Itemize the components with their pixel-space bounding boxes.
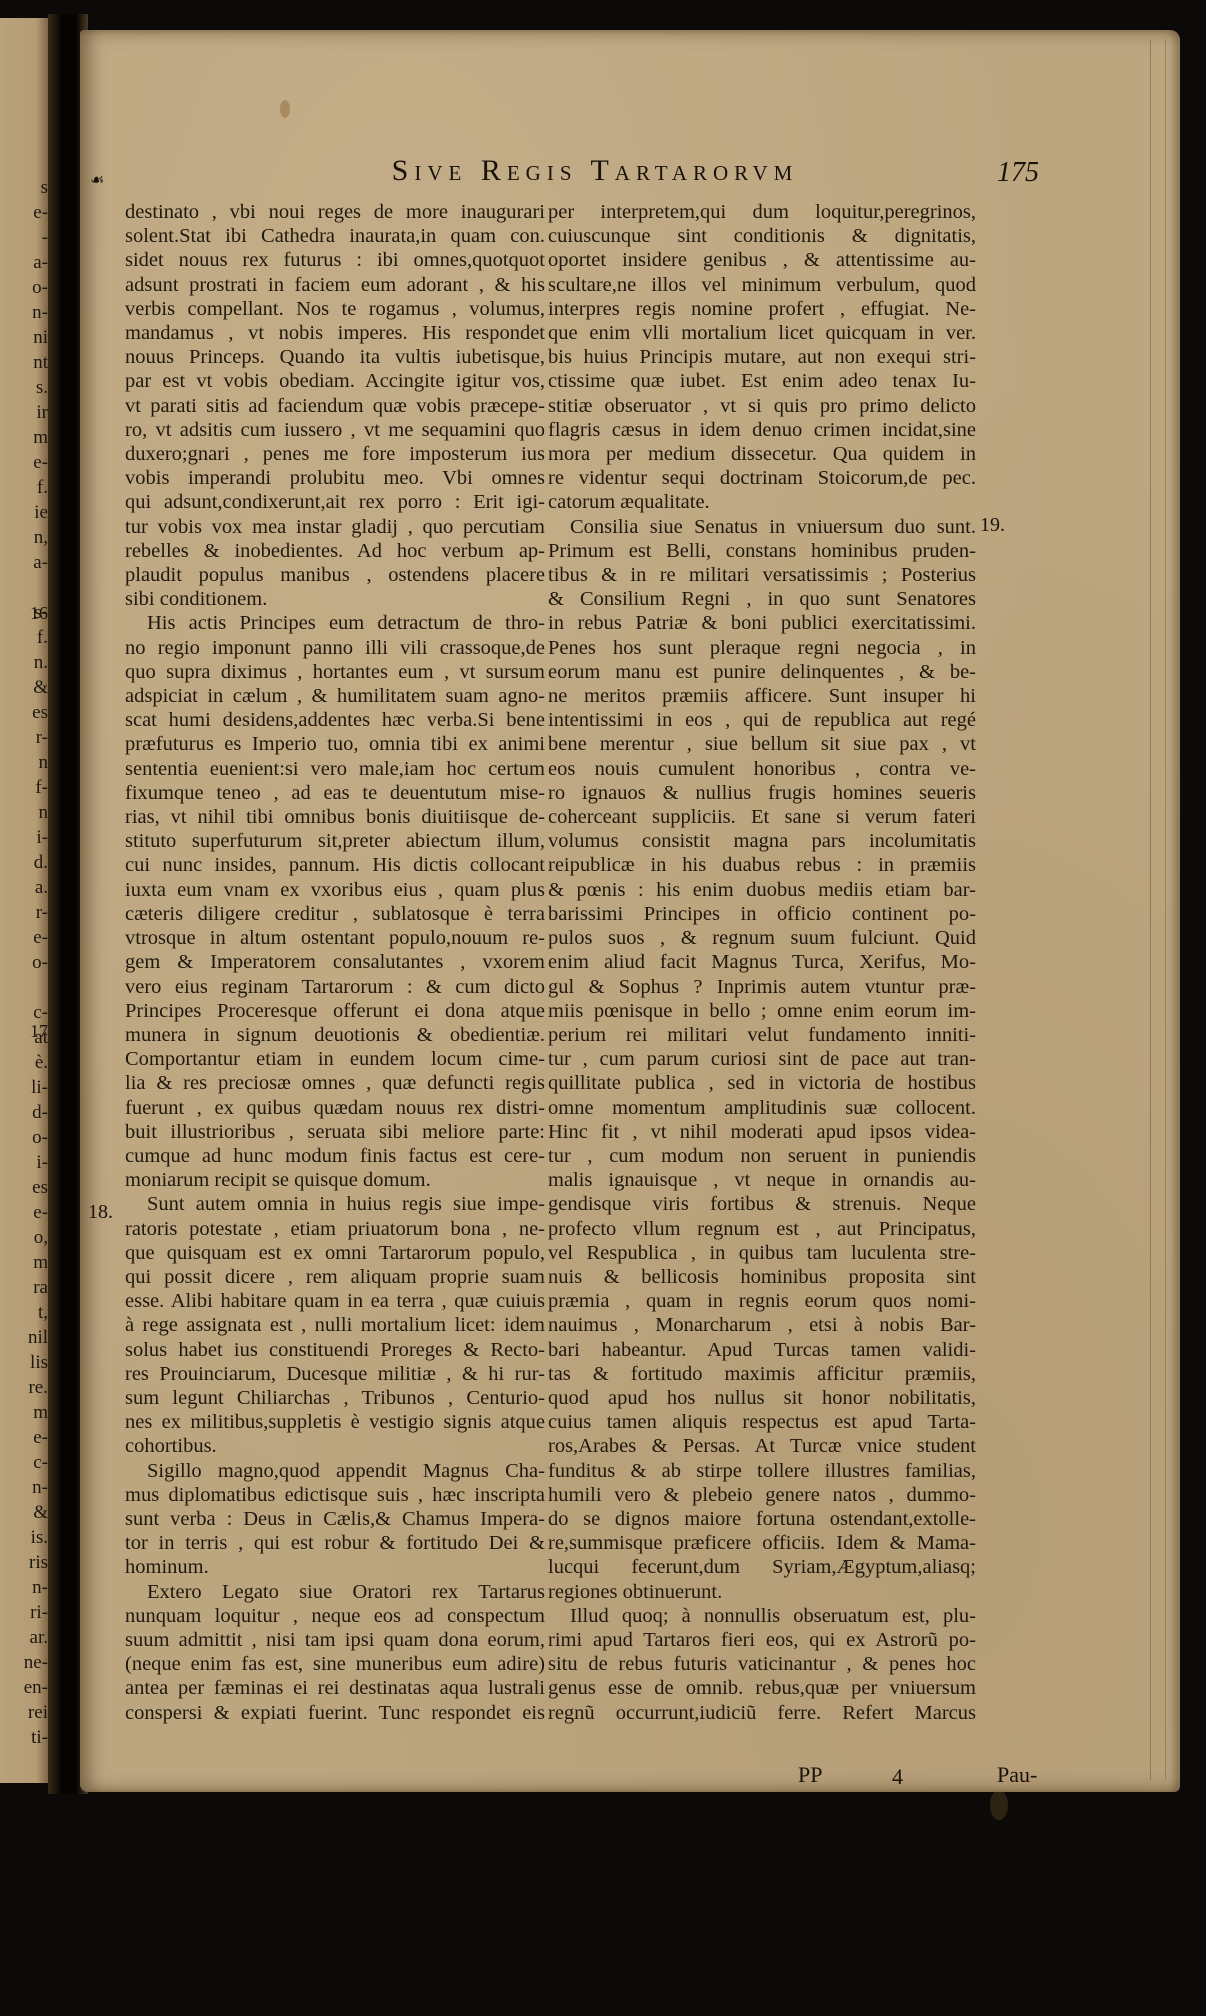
text-line: Penes hos sunt pleraque regni negocia , …: [548, 636, 976, 660]
facing-page-line-fragment: es: [32, 703, 48, 722]
text-line: ne meritos præmiis afficere. Sunt insupe…: [548, 684, 976, 708]
facing-page-line-fragment: is.: [31, 1528, 48, 1547]
text-line: genus esse de omnib. rebus,quæ per vniue…: [548, 1676, 976, 1700]
facing-page-line-fragment: &: [33, 678, 48, 697]
facing-page-line-fragment: d.: [34, 853, 48, 872]
text-line: vero eius reginam Tartarorum : & cum dic…: [125, 975, 545, 999]
text-line: destinato , vbi noui reges de more inaug…: [125, 200, 545, 224]
text-line: humili vero & plebeio genere natos , dum…: [548, 1483, 976, 1507]
text-line: Hinc fit , vt nihil moderati apud ipsos …: [548, 1120, 976, 1144]
text-line: no regio imponunt panno illi vili crasso…: [125, 636, 545, 660]
text-line: tur , cum modum non seruent in puniendis: [548, 1144, 976, 1168]
text-line: tibus & in re militari versatissimis ; P…: [548, 563, 976, 587]
text-line: miis pœnisque in bello ; omne enim eorum…: [548, 999, 976, 1023]
text-line: coherceant suppliciis. Et sane si verum …: [548, 805, 976, 829]
text-line: sententia euenient:si vero male,iam hoc …: [125, 757, 545, 781]
text-line: vel Respublica , in quibus tam luculenta…: [548, 1241, 976, 1265]
text-line: conspersi & expiati fuerint. Tunc respon…: [125, 1701, 545, 1725]
text-line: gul & Sophus ? Inprimis autem vtuntur pr…: [548, 975, 976, 999]
text-line: cæteris diligere creditur , sublatosque …: [125, 902, 545, 926]
text-line: funditus & ab stirpe tollere illustres f…: [548, 1459, 976, 1483]
facing-page-line-fragment: è.: [35, 1053, 48, 1072]
text-line: Comportantur etiam in eundem locum cime-: [125, 1047, 545, 1071]
signature-number: 4: [892, 1764, 903, 1790]
text-line: ratoris potestate , etiam priuatorum bon…: [125, 1217, 545, 1241]
text-line: bene merentur , siue bellum sit siue pax…: [548, 732, 976, 756]
text-line: suum admittit , nisi tam ipsi quam dona …: [125, 1628, 545, 1652]
text-line: eos nouis cumulent honoribus , contra ve…: [548, 757, 976, 781]
text-line: nuis & bellicosis hominibus proposita si…: [548, 1265, 976, 1289]
facing-page-line-fragment: e-: [33, 1203, 48, 1222]
text-line: & Consilium Regni , in quo sunt Senatore…: [548, 587, 976, 611]
text-line: lia & res preciosæ omnes , quæ defuncti …: [125, 1071, 545, 1095]
facing-page-line-fragment: o-: [32, 278, 48, 297]
text-line: vt parati sitis ad faciendum quæ vobis p…: [125, 394, 545, 418]
text-line: gem & Imperatorem consalutantes , vxorem: [125, 950, 545, 974]
text-line: que quisquam est ex omni Tartarorum popu…: [125, 1241, 545, 1265]
text-line: vobis imperandi prolubitu meo. Vbi omnes: [125, 466, 545, 490]
facing-page-line-fragment: n-: [32, 1478, 48, 1497]
text-line: per interpretem,qui dum loquitur,peregri…: [548, 200, 976, 224]
text-line: mandamus , vt nobis imperes. His respond…: [125, 321, 545, 345]
facing-page-line-fragment: ris: [29, 1553, 48, 1572]
facing-page-line-fragment: o-: [32, 953, 48, 972]
facing-page-line-fragment: ne-: [24, 1653, 48, 1672]
text-line: à rege assignata est , nulli mortalium l…: [125, 1313, 545, 1337]
margin-note-section-19: 19.: [980, 514, 1005, 537]
text-line: cuiuscunque sint conditionis & dignitati…: [548, 224, 976, 248]
text-line: & pœnis : his enim duobus mediis etiam b…: [548, 878, 976, 902]
text-line: oportet insidere genibus , & attentissim…: [548, 248, 976, 272]
text-line: tur , cum parum curiosi sint de pace aut…: [548, 1047, 976, 1071]
text-line: solus habet ius constituendi Proreges & …: [125, 1338, 545, 1362]
text-line: sum legunt Chiliarchas , Tribunos , Cent…: [125, 1386, 545, 1410]
text-line: Illud quoq; à nonnullis obseruatum est, …: [548, 1604, 976, 1628]
right-column-text: per interpretem,qui dum loquitur,peregri…: [548, 200, 976, 1725]
text-line: perium rei militari velut fundamento inn…: [548, 1023, 976, 1047]
text-line: barissimi Principes in officio continent…: [548, 902, 976, 926]
text-line: His actis Principes eum detractum de thr…: [125, 611, 545, 635]
text-line: stituto superfuturum sit,preter abiectum…: [125, 829, 545, 853]
facing-page-line-fragment: o,: [34, 1228, 48, 1247]
facing-page-line-fragment: m: [33, 1403, 48, 1422]
text-line: regnũ occurrunt,iudiciũ ferre. Refert Ma…: [548, 1701, 976, 1725]
text-line: solent.Stat ibi Cathedra inaurata,in qua…: [125, 224, 545, 248]
text-line: in rebus Patriæ & boni publici exercitat…: [548, 611, 976, 635]
text-line: esse. Alibi habitare quam in ea terra , …: [125, 1289, 545, 1313]
text-line: tor in terris , qui est robur & fortitud…: [125, 1531, 545, 1555]
facing-page-fragment: se--a-o-n-nints.irme-f.ien,a-s-f.n.&esr-…: [0, 18, 52, 1783]
text-line: scat humi desidens,addentes hæc verba.Si…: [125, 708, 545, 732]
facing-page-line-fragment: i-: [36, 1153, 48, 1172]
facing-page-line-fragment: ar.: [30, 1628, 48, 1647]
book-page: ☙ Sive Regis Tartarorvm 175 destinato , …: [80, 30, 1180, 1792]
text-line: (neque enim fas est, sine muneribus eum …: [125, 1652, 545, 1676]
text-line: intentissimi in eos , qui de republica a…: [548, 708, 976, 732]
text-line: rias, vt nihil tibi omnibus bonis diuiti…: [125, 805, 545, 829]
text-line: Sunt autem omnia in huius regis siue imp…: [125, 1192, 545, 1216]
facing-page-line-fragment: e-: [33, 203, 48, 222]
text-line: nouus Princeps. Quando ita vultis iubeti…: [125, 345, 545, 369]
facing-page-line-fragment: en-: [24, 1678, 48, 1697]
facing-page-line-fragment: f-: [35, 778, 48, 797]
facing-page-line-fragment: n.: [34, 653, 48, 672]
text-line: bari habeantur. Apud Turcas tamen validi…: [548, 1338, 976, 1362]
text-line: omne momentum amplitudinis suæ collocent…: [548, 1096, 976, 1120]
text-line: præfuturus es Imperio tuo, omnia tibi ex…: [125, 732, 545, 756]
text-line: situ de rebus futuris vaticinantur , & p…: [548, 1652, 976, 1676]
text-line: adspiciat in cælum , & humilitatem suam …: [125, 684, 545, 708]
text-line: catorum æqualitate.: [548, 490, 976, 514]
facing-page-line-fragment: ti-: [31, 1728, 48, 1747]
text-line: volumus consistit magna pars incolumitat…: [548, 829, 976, 853]
facing-page-line-fragment: ni: [33, 328, 48, 347]
text-line: verbis compellant. Nos te rogamus , volu…: [125, 297, 545, 321]
text-line: buit illustrioribus , seruata sibi melio…: [125, 1120, 545, 1144]
facing-page-line-fragment: ri-: [30, 1603, 48, 1622]
facing-page-line-fragment: s.: [36, 378, 48, 397]
text-line: quod apud hos nullus sit honor nobilitat…: [548, 1386, 976, 1410]
text-line: regiones obtinuerunt.: [548, 1580, 976, 1604]
text-line: antea per fæminas ei rei destinatas aqua…: [125, 1676, 545, 1700]
facing-page-line-fragment: f.: [37, 478, 48, 497]
facing-page-line-fragment: r-: [36, 728, 48, 747]
facing-page-line-fragment: a-: [33, 253, 48, 272]
facing-page-line-fragment: ir: [36, 403, 48, 422]
facing-page-line-fragment: ie: [34, 503, 48, 522]
text-line: nunquam loquitur , neque eos ad conspect…: [125, 1604, 545, 1628]
facing-page-line-fragment: e-: [33, 453, 48, 472]
text-line: adsunt prostrati in faciem eum adorant ,…: [125, 273, 545, 297]
facing-page-line-fragment: f.: [37, 628, 48, 647]
text-line: mora per medium dissecetur. Qua quidem i…: [548, 442, 976, 466]
facing-page-line-fragment: n-: [32, 303, 48, 322]
facing-page-line-fragment: m: [33, 428, 48, 447]
text-line: ros,Arabes & Persas. At Turcæ vnice stud…: [548, 1434, 976, 1458]
text-line: nes ex militibus,suppletis è vestigio si…: [125, 1410, 545, 1434]
text-line: fuerunt , ex quibus quædam nouus rex dis…: [125, 1096, 545, 1120]
text-line: præmia , quam in regnis eorum quos nomi-: [548, 1289, 976, 1313]
facing-page-line-fragment: e-: [33, 928, 48, 947]
text-line: Consilia siue Senatus in vniuersum duo s…: [548, 515, 976, 539]
facing-page-line-fragment: d-: [32, 1103, 48, 1122]
text-line: eorum manu est punire delinquentes , & b…: [548, 660, 976, 684]
text-line: iuxta eum vnam ex vxoribus eius , quam p…: [125, 878, 545, 902]
text-line: tur vobis vox mea instar gladij , quo pe…: [125, 515, 545, 539]
text-line: lucqui fecerunt,dum Syriam,Ægyptum,alias…: [548, 1555, 976, 1579]
catchword: Pau-: [997, 1762, 1037, 1788]
text-line: munera in signum deuotionis & obedientiæ…: [125, 1023, 545, 1047]
text-line: par est vt vobis obediam. Accingite igit…: [125, 369, 545, 393]
text-line: qui adsunt,condixerunt,ait rex porro : E…: [125, 490, 545, 514]
facing-page-line-fragment: s: [41, 178, 48, 197]
text-line: res Prouinciarum, Ducesque militiæ , & h…: [125, 1362, 545, 1386]
text-line: vtrosque in altum ostentant populo,nouum…: [125, 926, 545, 950]
text-line: do se dignos maiore fortuna ostendant,ex…: [548, 1507, 976, 1531]
text-line: cohortibus.: [125, 1434, 545, 1458]
text-line: Principes Proceresque offerunt ei dona a…: [125, 999, 545, 1023]
text-line: flagris cæsus in idem denuo crimen incid…: [548, 418, 976, 442]
text-line: re,summisque præficere officiis. Idem & …: [548, 1531, 976, 1555]
facing-page-line-fragment: t,: [38, 1303, 48, 1322]
text-line: reipublicæ in his duabus rebus : in præm…: [548, 853, 976, 877]
text-line: ctissime quæ iubet. Est enim adeo tenax …: [548, 369, 976, 393]
stain: [280, 100, 290, 118]
facing-page-line-fragment: n-: [32, 1578, 48, 1597]
text-line: hominum.: [125, 1555, 545, 1579]
facing-page-line-fragment: rei: [28, 1703, 48, 1722]
page-number: 175: [997, 157, 1039, 189]
facing-page-line-fragment: nt: [33, 353, 48, 372]
text-line: malis ignauisque , vt neque in ornandis …: [548, 1168, 976, 1192]
text-line: rimi apud Tartaros fieri eos, qui ex Ast…: [548, 1628, 976, 1652]
text-line: profecto vllum regnum est , aut Principa…: [548, 1217, 976, 1241]
text-line: moniarum recipit se quisque domum.: [125, 1168, 545, 1192]
text-line: Sigillo magno,quod appendit Magnus Cha-: [125, 1459, 545, 1483]
text-line: gendisque viris fortibus & strenuis. Neq…: [548, 1192, 976, 1216]
left-column-text: destinato , vbi noui reges de more inaug…: [125, 200, 545, 1725]
text-line: pulos suos , & regnum suum fulciunt. Qui…: [548, 926, 976, 950]
facing-page-line-fragment: re.: [28, 1378, 48, 1397]
text-line: quo supra diximus , hortantes eum , vt s…: [125, 660, 545, 684]
text-line: quillitate publica , sed in victoria de …: [548, 1071, 976, 1095]
text-line: Extero Legato siue Oratori rex Tartarus: [125, 1580, 545, 1604]
page-edge-leaves: [1150, 40, 1166, 1780]
margin-note-section-18: 18.: [88, 1201, 113, 1224]
facing-page-line-fragment: c-: [33, 1453, 48, 1472]
facing-page-line-fragment: c-: [33, 1003, 48, 1022]
text-line: ro ignauos & nullius frugis homines seue…: [548, 781, 976, 805]
text-line: scultare,ne illos vel minimum verbulum, …: [548, 273, 976, 297]
facing-page-line-fragment: o-: [32, 1128, 48, 1147]
text-line: cuius tamen aliquis respectus est apud T…: [548, 1410, 976, 1434]
text-line: sibi conditionem.: [125, 587, 545, 611]
facing-page-line-fragment: li-: [31, 1078, 48, 1097]
running-head-text: Sive Regis Tartarorvm: [392, 154, 799, 187]
text-line: plaudit populus manibus , ostendens plac…: [125, 563, 545, 587]
text-line: cumque ad hunc modum finis factus est ce…: [125, 1144, 545, 1168]
text-line: mus diplomatibus edictisque suis , hæc i…: [125, 1483, 545, 1507]
text-line: sidet nouus rex futurus : ibi omnes,quot…: [125, 248, 545, 272]
text-line: Primum est Belli, constans hominibus pru…: [548, 539, 976, 563]
stain: [990, 1790, 1008, 1820]
text-line: ro, vt adsitis cum iussero , vt me sequa…: [125, 418, 545, 442]
text-line: enim aliud facit Magnus Turca, Xerifus, …: [548, 950, 976, 974]
facing-page-line-fragment: n,: [34, 528, 48, 547]
text-line: stitiæ obseruator , vt si quis pro primo…: [548, 394, 976, 418]
facing-page-line-fragment: a.: [35, 878, 48, 897]
facing-page-line-fragment: nil: [28, 1328, 48, 1347]
text-line: tas & fortitudo maximis afficitur præmii…: [548, 1362, 976, 1386]
text-line: bis huius Principis mutare, aut non exeq…: [548, 345, 976, 369]
facing-page-line-fragment: &: [33, 1503, 48, 1522]
text-line: re videntur sequi doctrinam Stoicorum,de…: [548, 466, 976, 490]
facing-page-line-fragment: n: [39, 803, 49, 822]
facing-page-line-fragment: e-: [33, 1428, 48, 1447]
facing-page-line-fragment: m: [33, 1253, 48, 1272]
facing-page-line-fragment: es: [32, 1178, 48, 1197]
text-line: que enim vlli mortalium licet quicquam i…: [548, 321, 976, 345]
text-line: fixumque teneo , ad eas te deuentutum mi…: [125, 781, 545, 805]
text-line: nauimus , Monarcharum , etsi à nobis Bar…: [548, 1313, 976, 1337]
text-line: qui possit dicere , rem aliquam proprie …: [125, 1265, 545, 1289]
facing-page-line-fragment: r-: [36, 903, 48, 922]
facing-page-line-fragment: a-: [33, 553, 48, 572]
signature-mark: PP: [798, 1762, 822, 1788]
text-line: cui nunc insides, pannum. His dictis col…: [125, 853, 545, 877]
facing-page-line-fragment: lis: [30, 1353, 48, 1372]
facing-page-line-fragment: i-: [36, 828, 48, 847]
text-line: rebelles & inobedientes. Ad hoc verbum a…: [125, 539, 545, 563]
text-line: sunt verba : Deus in Cælis,& Chamus Impe…: [125, 1507, 545, 1531]
facing-page-line-fragment: n: [39, 753, 49, 772]
text-line: interpres regis nomine profert , effugia…: [548, 297, 976, 321]
facing-page-line-fragment: ra: [33, 1278, 48, 1297]
text-line: duxero;gnari , penes me fore imposterum …: [125, 442, 545, 466]
